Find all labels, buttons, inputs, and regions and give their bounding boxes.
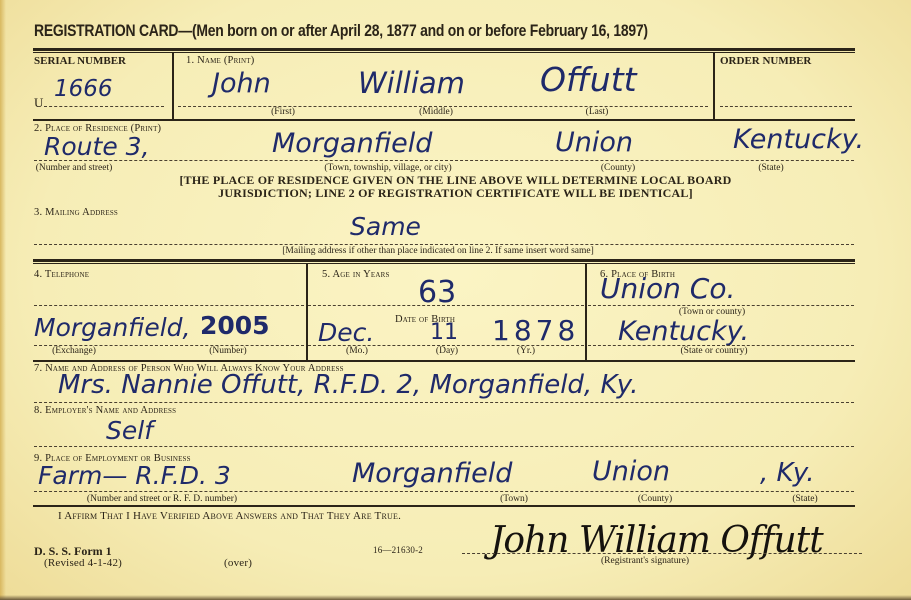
age-line (308, 305, 584, 306)
employer-label: 8. Employer's Name and Address (34, 405, 176, 416)
dob-month: Dec. (318, 318, 374, 347)
birthplace-town: Union Co. (600, 272, 735, 305)
rule-row6 (33, 360, 855, 362)
name-middle-caption: (Middle) (419, 107, 453, 117)
contact-person-value: Mrs. Nannie Offutt, R.F.D. 2, Morganfiel… (58, 370, 638, 400)
divider-serial (172, 53, 174, 119)
serial-line (44, 106, 164, 107)
rule-row1 (33, 119, 855, 121)
dob-year-caption: (Yr.) (517, 346, 535, 356)
age-label: 5. Age in Years (322, 269, 390, 280)
telephone-exchange: Morganfield, (34, 313, 190, 342)
birthplace-state: Kentucky. (618, 316, 749, 347)
residence-town-caption: (Town, township, village, or city) (324, 163, 451, 173)
telephone-number: 2005 (200, 311, 270, 340)
residence-county: Union (555, 127, 633, 158)
name-middle: William (358, 66, 465, 100)
telephone-label: 4. Telephone (34, 269, 89, 280)
mailing-address-caption: [Mailing address if other than place ind… (282, 246, 594, 256)
telephone-line-upper (34, 305, 304, 306)
dob-day: 11 (430, 320, 458, 345)
residence-town: Morganfield (272, 128, 432, 159)
employment-state-caption: (State) (792, 494, 817, 504)
rule-top (33, 48, 855, 51)
employer-value: Self (106, 416, 153, 445)
registration-card: REGISTRATION CARD—(Men born on or after … (0, 0, 911, 600)
employment-town: Morganfield (352, 458, 512, 489)
rule-row9 (33, 505, 855, 507)
birthplace-town-line (588, 305, 854, 306)
residence-notice-line2: JURISDICTION; LINE 2 OF REGISTRATION CER… (0, 186, 911, 201)
telephone-number-caption: (Number) (209, 346, 246, 356)
serial-prefix: U (34, 95, 44, 111)
divider-order (713, 53, 715, 119)
name-first-caption: (First) (271, 107, 295, 117)
affirmation-text: I Affirm That I Have Verified Above Answ… (58, 510, 401, 522)
telephone-exchange-caption: (Exchange) (52, 346, 96, 356)
signature-line (462, 553, 862, 554)
over-note: (over) (224, 557, 252, 569)
residence-line (34, 160, 854, 161)
residence-county-caption: (County) (601, 163, 635, 173)
name-last-caption: (Last) (586, 107, 609, 117)
dob-year: 1878 (492, 314, 579, 347)
serial-number-label: SERIAL NUMBER (34, 55, 126, 67)
rule-top-thin (33, 52, 855, 53)
name-last: Offutt (540, 60, 637, 99)
mailing-address-value: Same (350, 212, 421, 241)
name-first: John (212, 68, 271, 99)
employer-line (34, 446, 854, 447)
employment-line (34, 491, 854, 492)
mailing-address-label: 3. Mailing Address (34, 207, 118, 218)
order-number-label: ORDER NUMBER (720, 55, 811, 67)
mailing-address-line (34, 244, 854, 245)
residence-street-caption: (Number and street) (36, 163, 113, 173)
employment-state: , Ky. (760, 458, 815, 488)
name-label: 1. Name (Print) (186, 55, 254, 66)
dob-day-caption: (Day) (436, 346, 458, 356)
employment-county-caption: (County) (638, 494, 672, 504)
order-number-line (720, 106, 852, 107)
employment-street: Farm— R.F.D. 3 (38, 461, 231, 490)
card-left-edge (0, 0, 6, 600)
form-code: 16—21630-2 (373, 545, 423, 555)
form-revised: (Revised 4-1-42) (44, 557, 122, 569)
birthplace-state-caption: (State or country) (680, 346, 747, 356)
dob-month-caption: (Mo.) (346, 346, 368, 356)
residence-state: Kentucky. (733, 124, 864, 155)
card-bottom-edge (0, 595, 911, 600)
card-title: REGISTRATION CARD—(Men born on or after … (34, 21, 648, 41)
registrant-signature: John William Offutt (490, 520, 823, 561)
rule-row3-thin (33, 263, 855, 264)
employment-county: Union (592, 456, 670, 487)
employment-town-caption: (Town) (500, 494, 528, 504)
rule-row3 (33, 259, 855, 262)
residence-street: Route 3, (44, 132, 150, 161)
divider-age (585, 264, 587, 360)
residence-state-caption: (State) (758, 163, 783, 173)
employment-street-caption: (Number and street or R. F. D. number) (87, 494, 237, 504)
signature-caption: (Registrant's signature) (601, 556, 689, 566)
contact-person-line (34, 402, 854, 403)
serial-number-value: 1666 (54, 76, 113, 102)
